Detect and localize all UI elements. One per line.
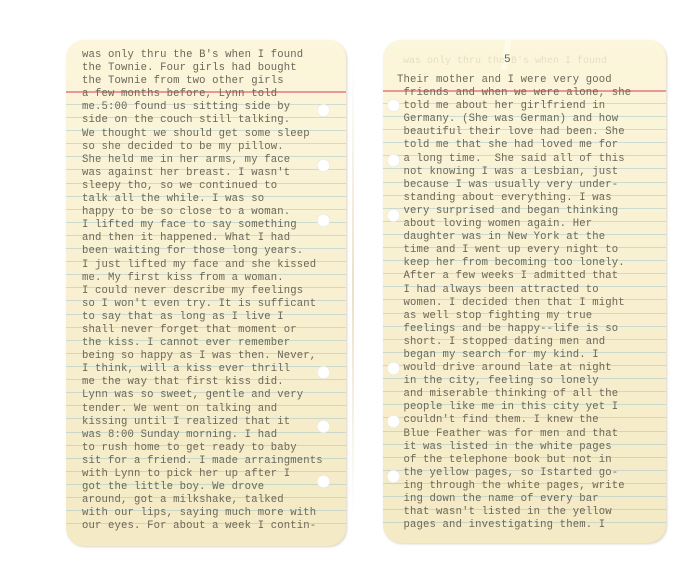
punch-hole [387,362,400,375]
typed-line: as well stop fighting my true [397,310,631,323]
typed-line: We thought we should get some sleep [82,128,323,141]
typed-line: me.5:00 found us sitting side by [82,101,323,114]
typed-line: beautiful their love had been. She [397,126,631,139]
typed-line: of the telephone book but not in [397,454,631,467]
typed-line: to say that as long as I live I [82,311,323,324]
typed-line: sit for a friend. I made arraingments [82,455,323,468]
typed-line: ing down the name of every bar [397,493,631,506]
typed-line: began my search for my kind. I [397,349,631,362]
card-edge-shadow [352,60,354,520]
typed-line: told me that she had loved me for [397,139,631,152]
typed-line: the Townie. Four girls had bought [82,62,323,75]
typed-line: Germany. (She was German) and how [397,113,631,126]
page-number: 5 [504,54,511,66]
typed-line: She held me in her arms, my face [82,154,323,167]
typed-line: the Townie from two other girls [82,75,323,88]
typed-line: kissing until I realized that it [82,416,323,429]
typed-line: ing through the white pages, write [397,480,631,493]
typed-line: daughter was in New York at the [397,231,631,244]
punch-hole [387,209,400,222]
punch-hole [317,475,330,488]
typed-line: very surprised and began thinking [397,205,631,218]
typed-line: shall never forget that moment or [82,324,323,337]
typed-line: around, got a milkshake, talked [82,494,323,507]
typed-line: I think, will a kiss ever thrill [82,363,323,376]
index-card-right: was only thru the B's when I found 5 The… [383,40,666,543]
typed-line: keep her from becoming too lonely. [397,257,631,270]
punch-hole [317,159,330,172]
typed-line: After a few weeks I admitted that [397,270,631,283]
typed-line: tender. We went on talking and [82,403,323,416]
typed-text-right: Their mother and I were very good friend… [397,74,631,532]
typed-line: the kiss. I cannot ever remember [82,337,323,350]
typed-line: a few months before, Lynn told [82,88,323,101]
typed-line: pages and investigating them. I [397,519,631,532]
typed-line: with Lynn to pick her up after I [82,468,323,481]
typed-line: was only thru the B's when I found [82,49,323,62]
typed-line: that wasn't listed in the yellow [397,506,631,519]
typed-line: been waiting for those long years. [82,245,323,258]
typed-line: talk all the while. I was so [82,193,323,206]
typed-line: so she decided to be my pillow. [82,141,323,154]
typed-line: told me about her girlfriend in [397,100,631,113]
typed-line: being so happy as I was then. Never, [82,350,323,363]
typed-line: our eyes. For about a week I contin- [82,520,323,533]
typed-line: feelings and be happy--life is so [397,323,631,336]
typed-line: because I was usually very under- [397,179,631,192]
typed-line: people like me in this city yet I [397,401,631,414]
punch-hole [387,99,400,112]
typed-line: so I won't even try. It is sufficant [82,298,323,311]
typed-line: I lifted my face to say something [82,219,323,232]
typed-line: me. My first kiss from a woman. [82,272,323,285]
typed-line: and miserable thinking of all the [397,388,631,401]
typed-line: in the city, feeling so lonely [397,375,631,388]
typed-line: not knowing I was a Lesbian, just [397,166,631,179]
typed-line: short. I stopped dating men and [397,336,631,349]
punch-hole [317,104,330,117]
typed-line: women. I decided then that I might [397,297,631,310]
typed-line: about loving women again. Her [397,218,631,231]
typed-line: sleepy tho, so we continued to [82,180,323,193]
typed-line: the yellow pages, so Istarted go- [397,467,631,480]
typed-line: happy to be so close to a woman. [82,206,323,219]
typed-line: was 8:00 Sunday morning. I had [82,429,323,442]
typed-line: Blue Feather was for men and that [397,428,631,441]
typed-line: to rush home to get ready to baby [82,442,323,455]
typed-text-left: was only thru the B's when I foundthe To… [82,49,323,533]
punch-hole [317,366,330,379]
typed-line: I had always been attracted to [397,284,631,297]
typed-line: with our lips, saying much more with [82,507,323,520]
typed-line: and then it happened. What I had [82,232,323,245]
typed-line: Their mother and I were very good [397,74,631,87]
typed-line: got the little boy. We drove [82,481,323,494]
typed-line: friends and when we were alone, she [397,87,631,100]
punch-hole [387,154,400,167]
index-card-left: was only thru the B's when I foundthe To… [66,40,346,546]
typed-line: me the way that first kiss did. [82,376,323,389]
typed-line: I could never describe my feelings [82,285,323,298]
typed-line: would drive around late at night [397,362,631,375]
typed-line: couldn't find them. I knew the [397,414,631,427]
typed-line: a long time. She said all of this [397,153,631,166]
typed-line: side on the couch still talking. [82,114,323,127]
punch-hole [317,420,330,433]
typed-line: time and I went up every night to [397,244,631,257]
typed-line: was against her breast. I wasn't [82,167,323,180]
typed-line: it was listed in the white pages [397,441,631,454]
typed-line: Lynn was so sweet, gentle and very [82,389,323,402]
typed-line: I just lifted my face and she kissed [82,259,323,272]
punch-hole [387,470,400,483]
punch-hole [387,415,400,428]
typed-line: standing about everything. I was [397,192,631,205]
punch-hole [317,214,330,227]
